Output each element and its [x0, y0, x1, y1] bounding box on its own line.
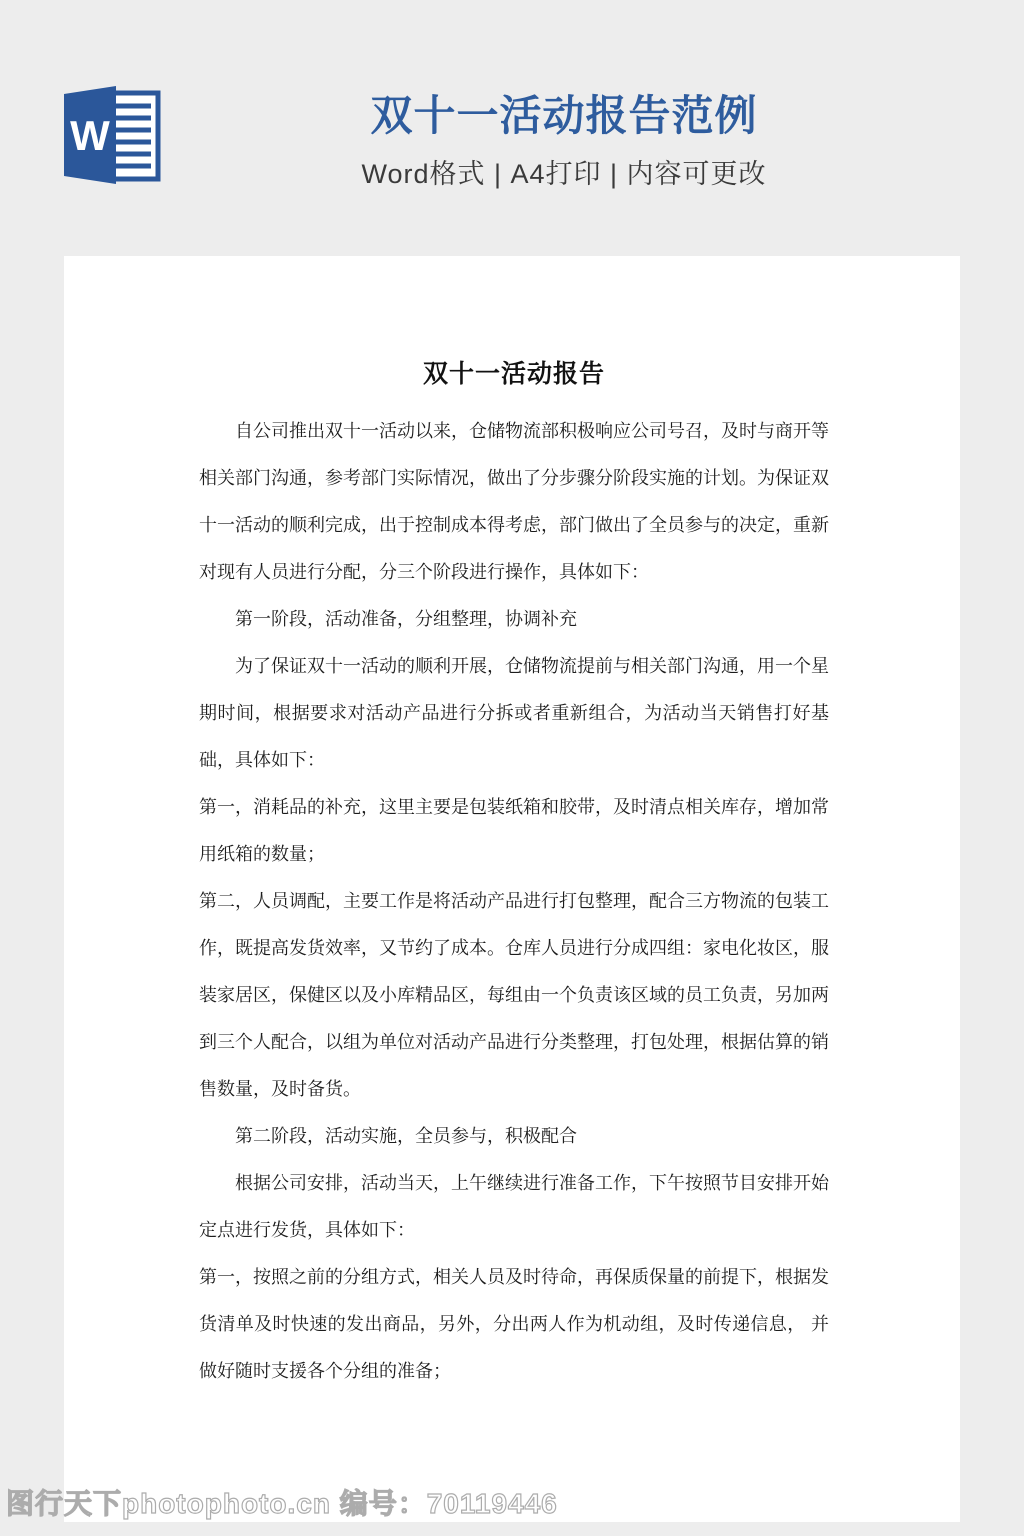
document-paragraph: 第一阶段，活动准备，分组整理，协调补充 — [199, 596, 829, 643]
document-paragraph: 第一，按照之前的分组方式，相关人员及时待命，再保质保量的前提下，根据发货清单及时… — [199, 1254, 829, 1395]
page-subtitle: Word格式 | A4打印 | 内容可更改 — [104, 158, 1024, 190]
document-title: 双十一活动报告 — [199, 354, 829, 394]
document-paragraph: 自公司推出双十一活动以来，仓储物流部积极响应公司号召，及时与商开等相关部门沟通，… — [199, 408, 829, 596]
document-paragraph: 根据公司安排，活动当天，上午继续进行准备工作，下午按照节目安排开始定点进行发货，… — [199, 1160, 829, 1254]
document-content: 双十一活动报告 自公司推出双十一活动以来，仓储物流部积极响应公司号召，及时与商开… — [64, 256, 960, 1395]
header: 双十一活动报告范例 Word格式 | A4打印 | 内容可更改 — [104, 92, 1024, 190]
document-body: 自公司推出双十一活动以来，仓储物流部积极响应公司号召，及时与商开等相关部门沟通，… — [199, 408, 829, 1395]
page-title: 双十一活动报告范例 — [104, 92, 1024, 140]
document-paragraph: 为了保证双十一活动的顺利开展，仓储物流提前与相关部门沟通，用一个星期时间，根据要… — [199, 643, 829, 784]
document-paragraph: 第二阶段，活动实施，全员参与，积极配合 — [199, 1113, 829, 1160]
document-paragraph: 第二，人员调配，主要工作是将活动产品进行打包整理，配合三方物流的包装工作，既提高… — [199, 878, 829, 1113]
watermark: 图行天下photophoto.cn 编号：70119446 — [6, 1487, 558, 1521]
document-page: 双十一活动报告 自公司推出双十一活动以来，仓储物流部积极响应公司号召，及时与商开… — [64, 256, 960, 1522]
document-paragraph: 第一，消耗品的补充，这里主要是包装纸箱和胶带，及时清点相关库存，增加常用纸箱的数… — [199, 784, 829, 878]
